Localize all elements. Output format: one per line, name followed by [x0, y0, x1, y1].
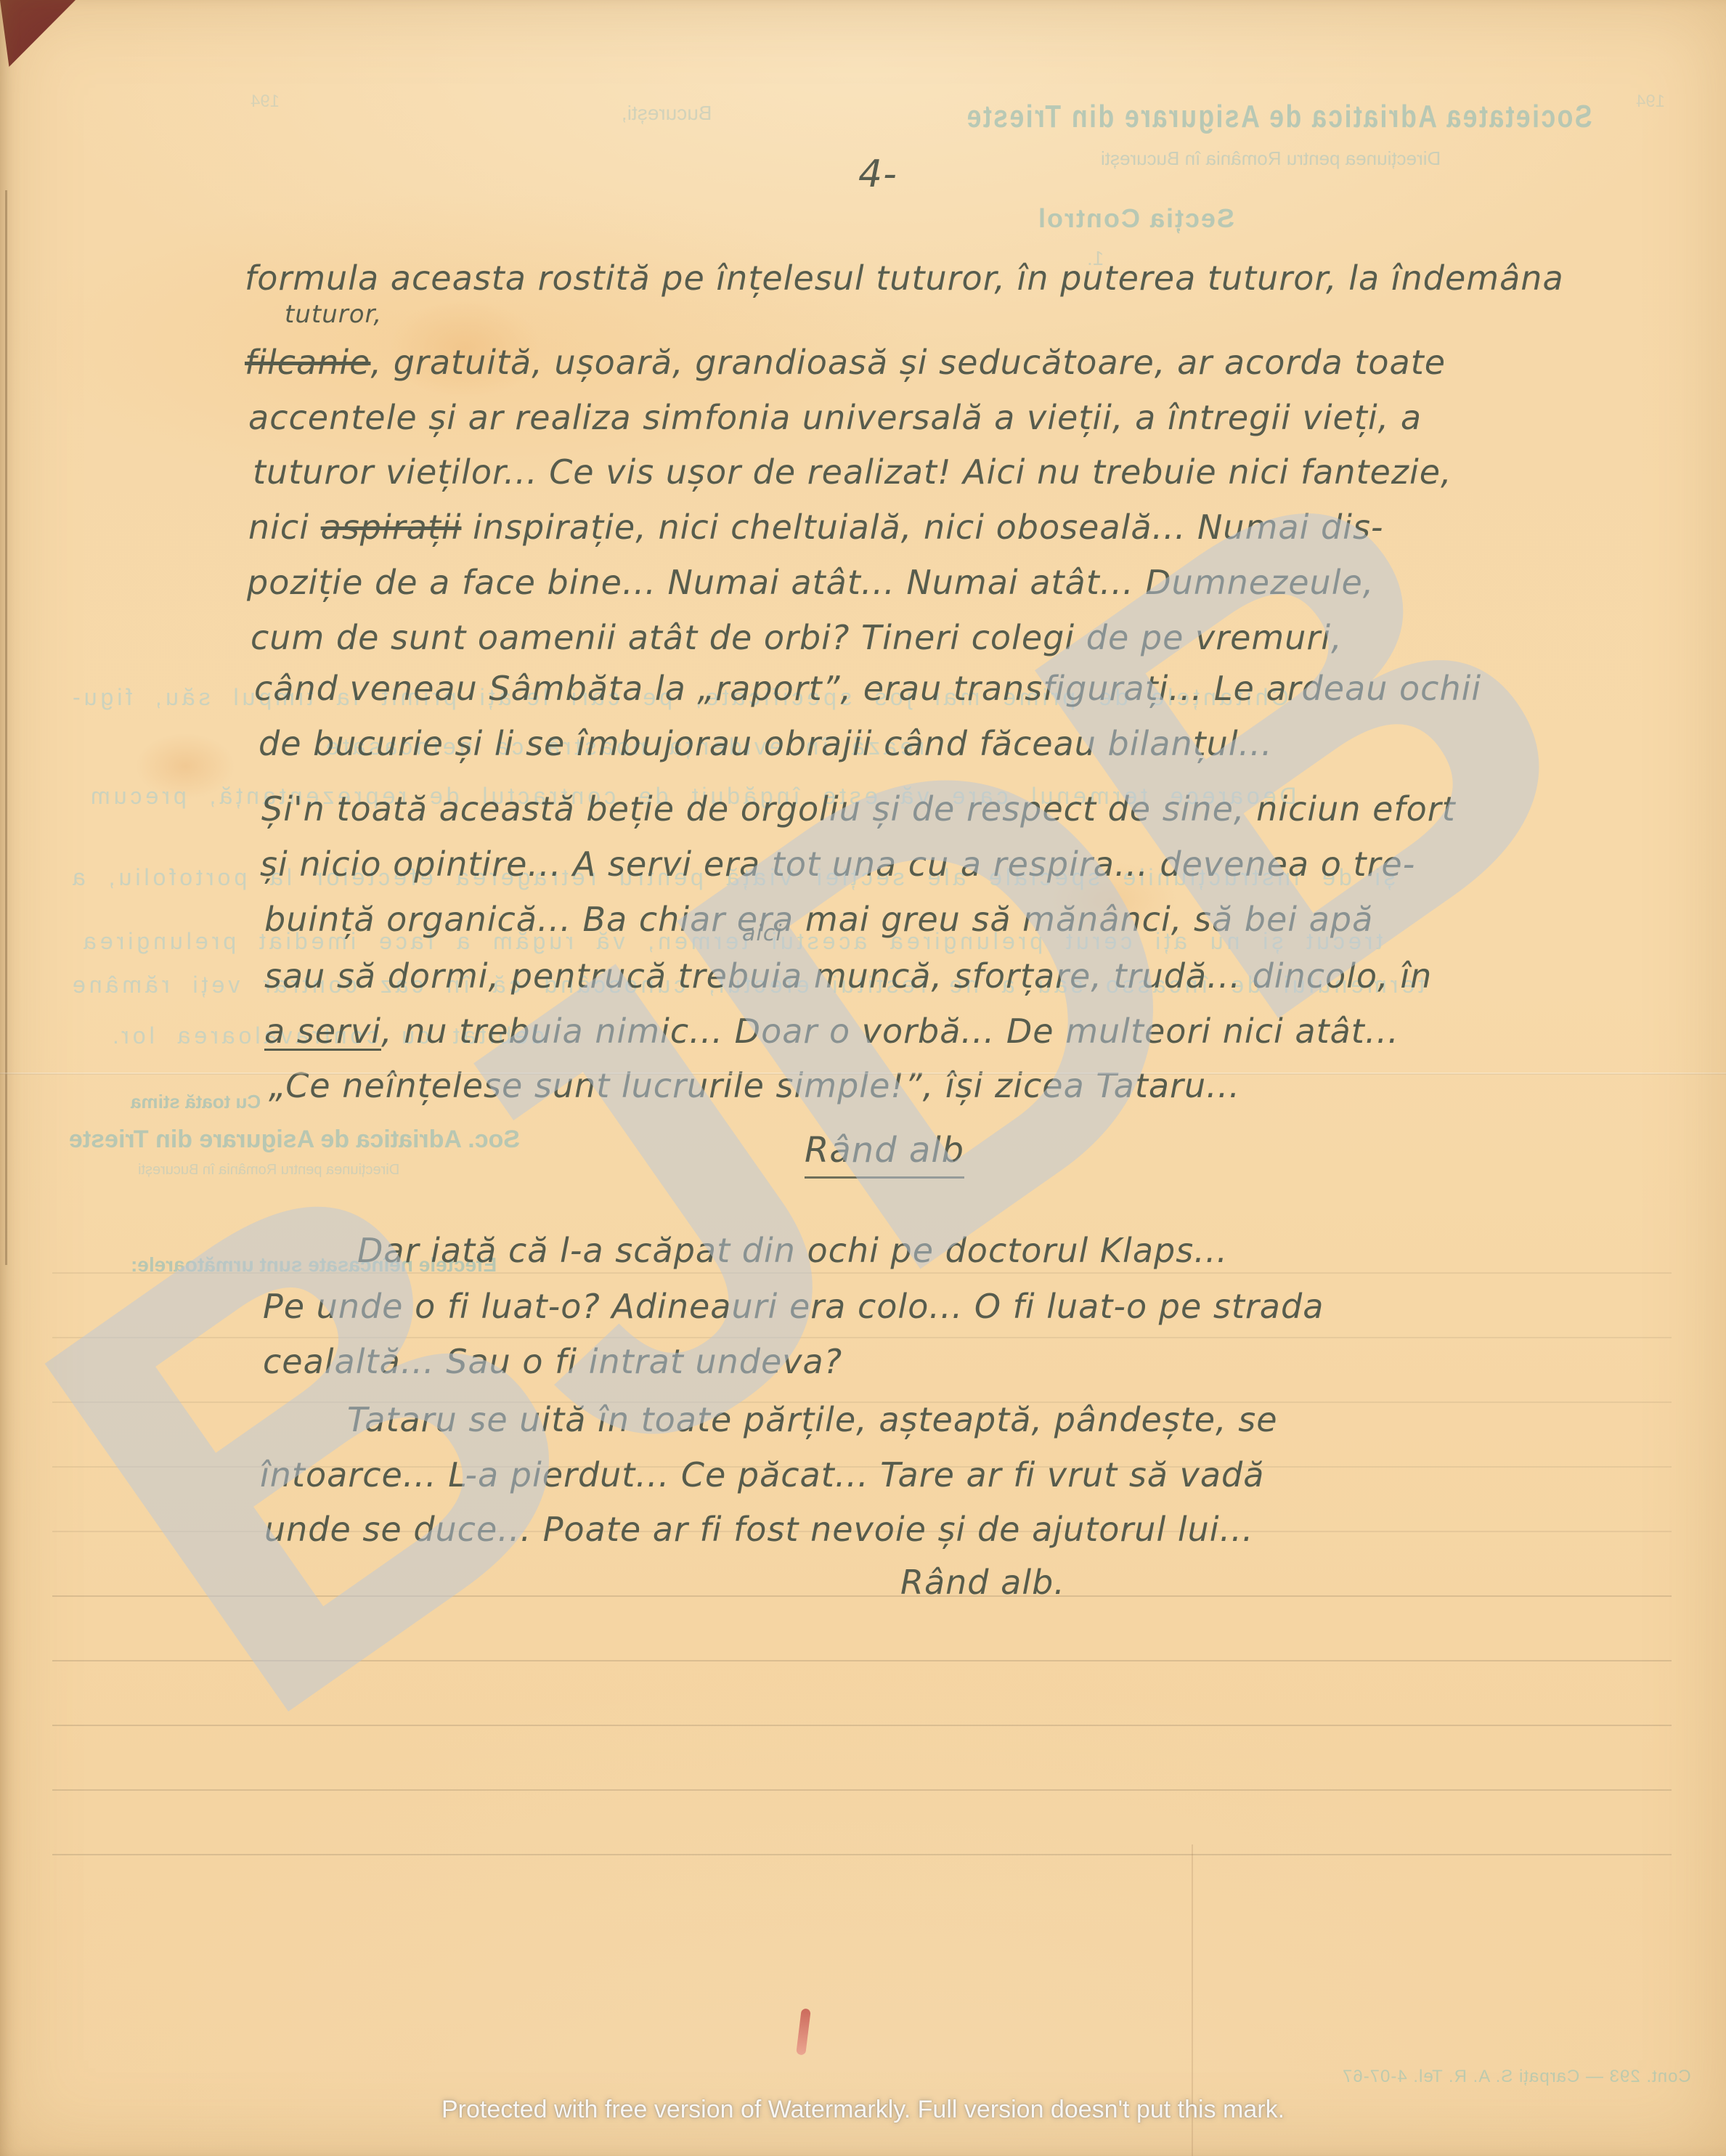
bleed-signature-company: Soc. Adriatica de Asigurare din Trieste: [69, 1126, 520, 1154]
form-rule: [52, 1595, 1672, 1597]
line-text: , gratuită, ușoară, grandioasă și seducă…: [370, 343, 1446, 382]
manuscript-line: tuturor vieților... Ce vis ușor de reali…: [253, 452, 1452, 492]
manuscript-line: de bucurie și li se îmbujorau obrajii câ…: [259, 724, 1272, 763]
manuscript-line: a servi, nu trebuia nimic... Doar o vorb…: [264, 1012, 1399, 1051]
manuscript-line: Pe unde o fi luat-o? Adineauri era colo.…: [263, 1287, 1324, 1326]
bleed-footer-imprint: Cont. 293 — Carpați S. A. R. Tel. 4-07-6…: [1342, 2067, 1691, 2087]
form-rule: [52, 1854, 1672, 1855]
manuscript-line: sau să dormi, pentrucă trebuia muncă, sf…: [264, 956, 1432, 996]
manuscript-line: cealaltă... Sau o fi intrat undeva?: [263, 1342, 842, 1381]
form-rule: [52, 1789, 1672, 1791]
red-corner-mark: [0, 0, 76, 67]
manuscript-line: nici aspirații inspirație, nici cheltuia…: [248, 508, 1384, 547]
form-rule: [52, 1725, 1672, 1726]
struck-word: filcanie: [245, 343, 370, 382]
manuscript-line: și nicio opintire... A servi era tot una…: [260, 845, 1415, 884]
manuscript-line: buință organică... Ba chiar era mai greu…: [264, 900, 1373, 939]
bleed-city-date: București,: [622, 102, 712, 125]
line-text: , nu trebuia nimic... Doar o vorbă... De…: [381, 1012, 1399, 1051]
heading-text: Rând alb: [805, 1130, 964, 1179]
underlined-words: a servi: [264, 1012, 381, 1051]
form-rule: [52, 1337, 1672, 1338]
manuscript-line: formula aceasta rostită pe înțelesul tut…: [245, 259, 1564, 298]
manuscript-line: accentele și ar realiza simfonia univers…: [248, 398, 1422, 437]
bleed-year-right: 194: [1636, 91, 1665, 112]
bleed-year-left: 194: [251, 91, 280, 112]
line-text: nici: [248, 508, 309, 547]
bleed-section-control: Secția Control: [1037, 203, 1234, 234]
manuscript-line: întoarce... L-a pierdut... Ce păcat... T…: [260, 1455, 1264, 1494]
manuscript-line: unde se duce... Poate ar fi fost nevoie …: [264, 1510, 1253, 1549]
page-number: 4-: [858, 152, 897, 196]
manuscript-line: cum de sunt oamenii atât de orbi? Tineri…: [251, 618, 1343, 657]
manuscript-insert-aici: aici: [742, 921, 783, 946]
bleed-division-subtitle: Direcțiunea pentru România în București: [1101, 147, 1441, 170]
bleed-company-title: Societatea Adriatica de Asigurare din Tr…: [965, 99, 1592, 135]
manuscript-line: Și'n toată această beție de orgoliu și d…: [261, 789, 1456, 829]
scanned-manuscript-page: 194 București, 194 Societatea Adriatica …: [0, 0, 1726, 2156]
section-heading-rand-alb: Rând alb: [805, 1130, 964, 1171]
red-ink-streak: [796, 2008, 811, 2055]
manuscript-line: filcanie, gratuită, ușoară, grandioasă ș…: [245, 343, 1446, 382]
struck-word: aspirații: [321, 508, 462, 547]
manuscript-line: Dar iată că l-a scăpat din ochi pe docto…: [357, 1231, 1228, 1270]
manuscript-line: Tataru se uită în toate părțile, așteapt…: [347, 1400, 1278, 1439]
form-rule: [52, 1272, 1672, 1274]
manuscript-line: când veneau Sâmbăta la „raport”, erau tr…: [254, 669, 1481, 708]
left-edge-crease: [5, 190, 7, 1265]
bleed-closing: Cu toată stima: [131, 1091, 261, 1113]
form-rule: [52, 1660, 1672, 1661]
bleed-signature-division: Direcțiunea pentru România în București: [138, 1162, 399, 1179]
manuscript-insert-tuturor: tuturor,: [285, 300, 382, 329]
line-text: inspirație, nici cheltuială, nici obosea…: [473, 508, 1383, 547]
watermarkly-notice: Protected with free version of Watermark…: [0, 2096, 1726, 2124]
closing-rand-alb: Rând alb.: [900, 1563, 1065, 1602]
horizontal-fold-crease: [0, 1073, 1726, 1075]
line-text: trebuia muncă, sforțare, trudă... dincol…: [678, 956, 1433, 996]
manuscript-line: poziție de a face bine... Numai atât... …: [247, 563, 1374, 602]
line-text: sau să dormi, pentrucă: [264, 956, 667, 996]
